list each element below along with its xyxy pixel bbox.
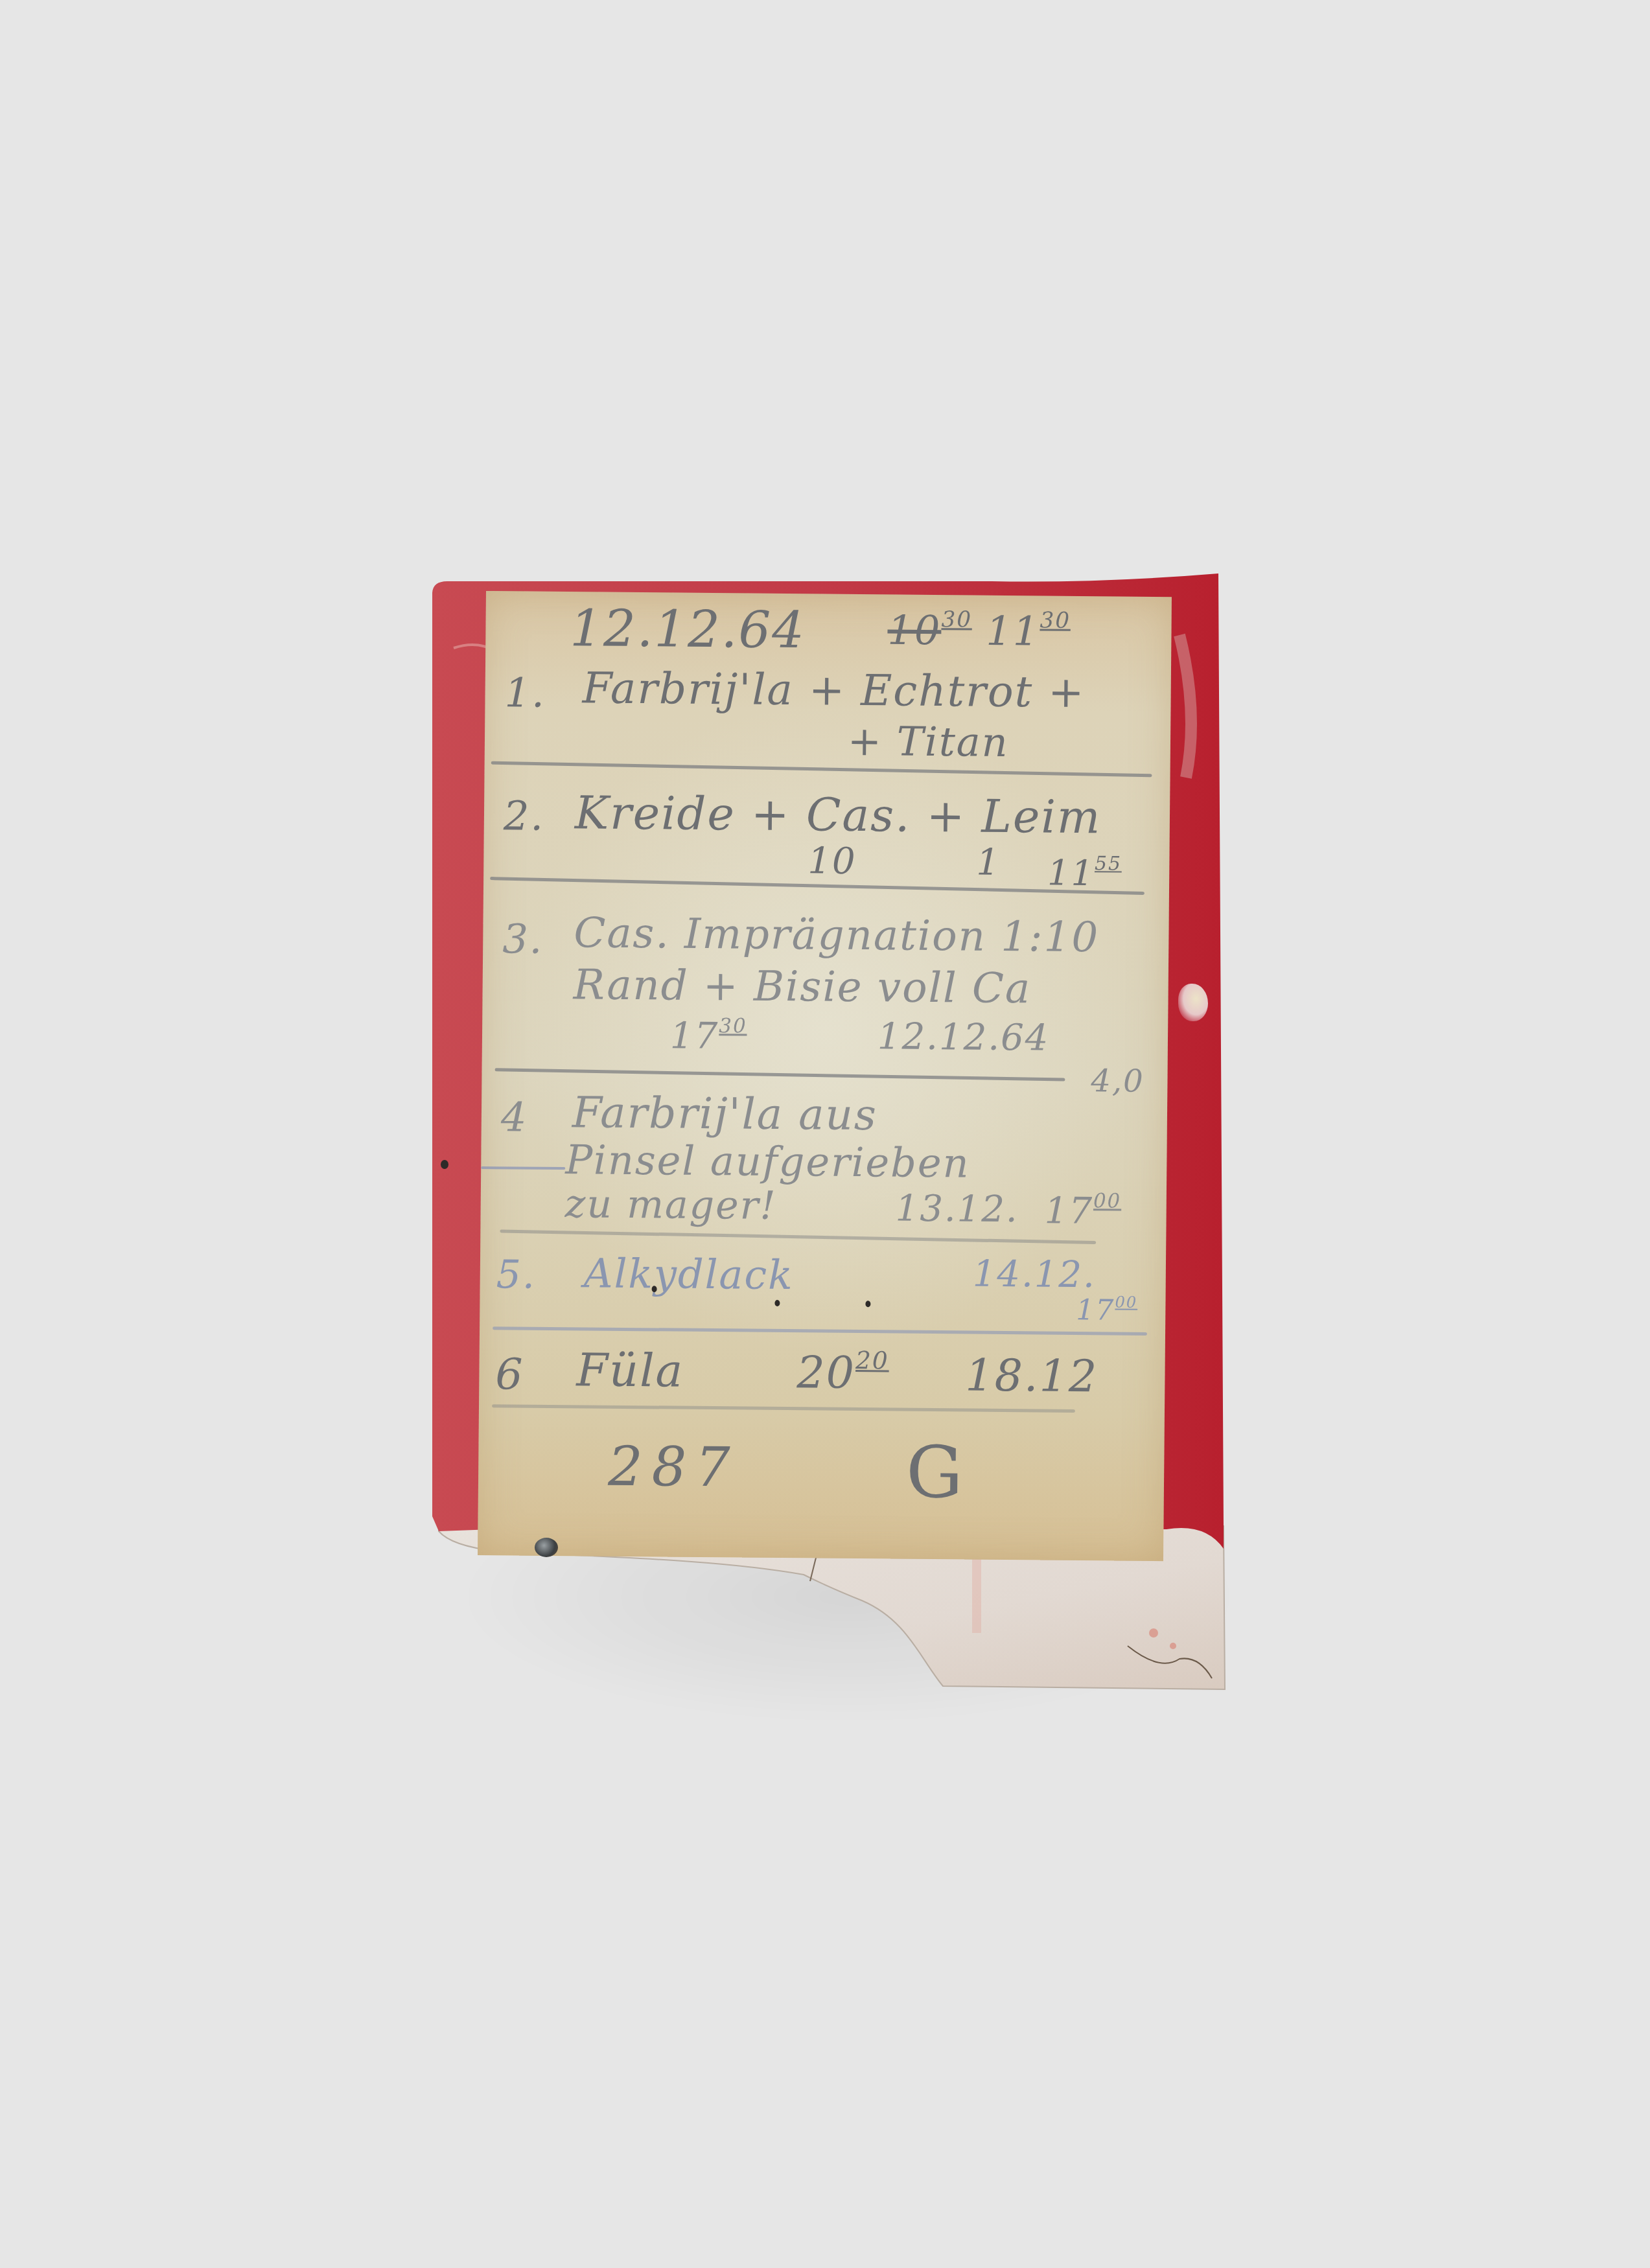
start-time: 11 (986, 607, 1040, 655)
item-4-number: 4 (501, 1093, 528, 1140)
nail-head (535, 1538, 558, 1557)
struck-time: 10 (887, 607, 942, 654)
item-5-line-1: Alkydlack (583, 1249, 794, 1299)
item-4-hour: 17 (1044, 1190, 1093, 1232)
item-2-hour: 11 (1047, 852, 1095, 894)
item-2-qty-2: 1 (976, 842, 1001, 884)
item-2-time: 1155 (1047, 852, 1122, 894)
item-6-date: 18.12 (965, 1350, 1098, 1403)
board-speck (441, 1160, 448, 1169)
struck-time-minutes: 30 (941, 607, 972, 632)
item-6-number: 6 (495, 1349, 524, 1399)
item-6-minutes: 20 (855, 1346, 889, 1374)
item-4-line-3: zu mager! (564, 1181, 776, 1229)
item-1-line-2: + Titan (848, 717, 1009, 766)
divider-5 (493, 1326, 1147, 1336)
divider-1 (491, 761, 1152, 778)
artwork-object: 12.12.64 1030 1130 1. Farbrij'la + Echtr… (0, 0, 1650, 2268)
divider-6 (492, 1404, 1075, 1413)
blue-margin-tick (481, 1166, 565, 1170)
item-4-time: 1700 (1044, 1189, 1121, 1233)
item-3-margin-note: 4,0 (1091, 1063, 1145, 1100)
item-3-number: 3. (502, 915, 544, 963)
item-2-qty-1: 10 (808, 840, 857, 883)
item-3-minutes: 30 (719, 1014, 747, 1037)
item-5-date: 14.12. (973, 1253, 1097, 1297)
item-1-line-1: Farbrij'la + Echtrot + (582, 663, 1085, 717)
item-6-time: 2020 (796, 1345, 889, 1399)
item-2-number: 2. (504, 792, 545, 840)
item-3-date: 12.12.64 (877, 1015, 1050, 1059)
item-6-hour: 20 (796, 1347, 855, 1399)
start-time-minutes: 30 (1040, 607, 1071, 633)
item-2-line-1: Kreide + Cas. + Leim (575, 786, 1102, 844)
item-4-line-2: Pinsel aufgerieben (565, 1136, 970, 1186)
speck (652, 1286, 657, 1292)
item-4-line-1: Farbrij'la aus (572, 1087, 878, 1140)
item-3-line-2: Rand + Bisie voll Ca (573, 961, 1031, 1013)
item-4-date: 13.12. (895, 1188, 1019, 1231)
item-3-hour: 17 (670, 1015, 719, 1058)
item-5-hour: 17 (1076, 1293, 1115, 1327)
inventory-number: 287 (608, 1435, 739, 1499)
header-times: 1030 1130 (887, 606, 1071, 655)
speck (865, 1301, 870, 1307)
item-1-number: 1. (504, 669, 546, 717)
monogram: G (906, 1431, 965, 1514)
paper-note: 12.12.64 1030 1130 1. Farbrij'la + Echtr… (478, 591, 1172, 1561)
item-6-line-1: Füla (576, 1343, 684, 1397)
header-date: 12.12.64 (570, 599, 806, 660)
paint-chip (1178, 984, 1208, 1021)
divider-4 (500, 1229, 1096, 1244)
item-3-line-1: Cas. Imprägnation 1:10 (574, 909, 1099, 962)
item-5-number: 5. (496, 1252, 536, 1298)
item-5-minutes: 00 (1115, 1293, 1137, 1312)
item-4-minutes: 00 (1093, 1189, 1122, 1212)
item-2-minutes: 55 (1095, 852, 1122, 875)
item-3-time: 1730 (670, 1014, 747, 1058)
item-5-time: 1700 (1076, 1293, 1137, 1327)
divider-3 (495, 1068, 1065, 1081)
speck (774, 1300, 780, 1306)
